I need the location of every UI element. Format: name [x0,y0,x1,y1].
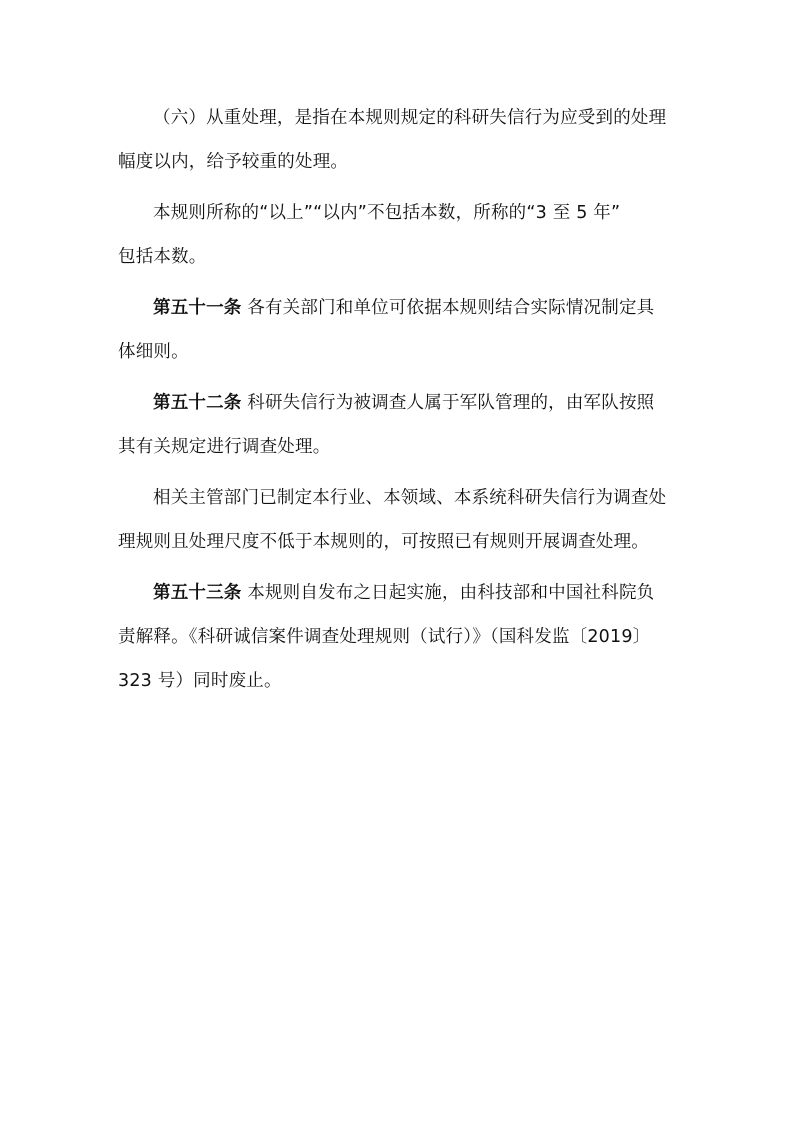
article-number: 第五十二条 [153,393,242,413]
text-span: 幅度以内，给予较重的处理。 [118,152,348,172]
article-51-line: 第五十一条 各有关部门和单位可依据本规则结合实际情况制定具 [153,296,683,320]
paragraph-line: （六）从重处理，是指在本规则规定的科研失信行为应受到的处理 [153,106,683,130]
text-span: 本规则自发布之日起实施，由科技部和中国社科院负 [242,583,655,603]
document-page: （六）从重处理，是指在本规则规定的科研失信行为应受到的处理 幅度以内，给予较重的… [0,0,793,1122]
text-span: 包括本数。 [118,247,207,267]
text-span: 理规则且处理尺度不低于本规则的，可按照已有规则开展调查处理。 [118,532,649,552]
text-span: 323 号）同时废止。 [118,671,282,691]
text-span: 本规则所称的“以上”“以内”不包括本数，所称的“3 至 5 年” [153,203,620,223]
text-span: 其有关规定进行调查处理。 [118,437,330,457]
paragraph-line: 其有关规定进行调查处理。 [118,435,683,459]
article-number: 第五十一条 [153,298,242,318]
paragraph-line: 包括本数。 [118,245,683,269]
paragraph-line: 幅度以内，给予较重的处理。 [118,150,683,174]
paragraph-line: 本规则所称的“以上”“以内”不包括本数，所称的“3 至 5 年” [153,201,683,225]
paragraph-line: 理规则且处理尺度不低于本规则的，可按照已有规则开展调查处理。 [118,530,683,554]
text-span: （六）从重处理，是指在本规则规定的科研失信行为应受到的处理 [153,108,666,128]
paragraph-line: 相关主管部门已制定本行业、本领域、本系统科研失信行为调查处 [153,486,683,510]
text-span: 各有关部门和单位可依据本规则结合实际情况制定具 [242,298,655,318]
text-span: 责解释。《科研诚信案件调查处理规则（试行）》（国科发监〔2019〕 [118,627,650,647]
article-number: 第五十三条 [153,583,242,603]
paragraph-line: 体细则。 [118,340,683,364]
article-52-line: 第五十二条 科研失信行为被调查人属于军队管理的，由军队按照 [153,391,683,415]
paragraph-line: 责解释。《科研诚信案件调查处理规则（试行）》（国科发监〔2019〕 [118,625,683,649]
article-53-line: 第五十三条 本规则自发布之日起实施，由科技部和中国社科院负 [153,581,683,605]
paragraph-line: 323 号）同时废止。 [118,669,683,693]
text-span: 体细则。 [118,342,189,362]
text-span: 科研失信行为被调查人属于军队管理的，由军队按照 [242,393,655,413]
text-span: 相关主管部门已制定本行业、本领域、本系统科研失信行为调查处 [153,488,666,508]
